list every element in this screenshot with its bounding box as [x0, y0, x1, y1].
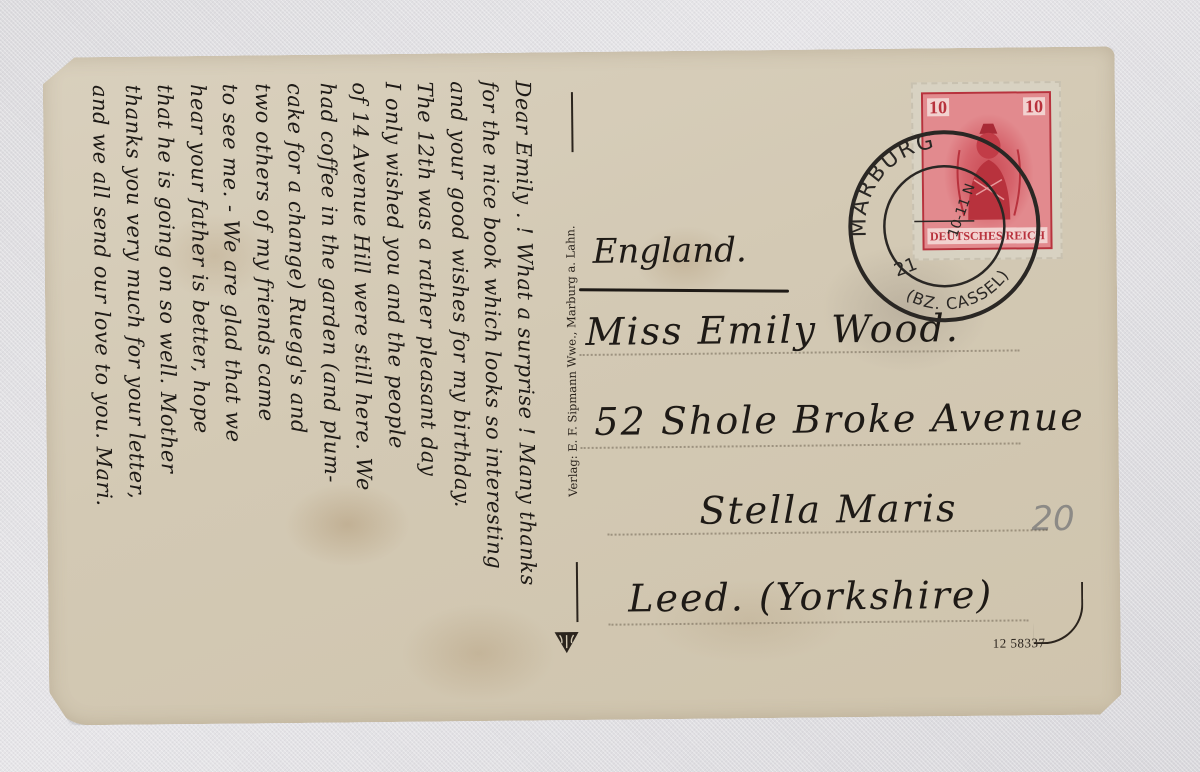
- message-line: hear your father is better, hope: [181, 84, 220, 704]
- message-line: Dear Emily . ! What a surprise ! Many th…: [506, 80, 545, 700]
- stamp-value-left: 10: [927, 98, 949, 116]
- message-line: two others of my friends came: [246, 83, 285, 703]
- message-line: and your good wishes for my birthday.: [441, 81, 480, 701]
- address-city: Stella Maris: [699, 486, 958, 533]
- message-line: had coffee in the garden (and plum-: [311, 82, 350, 702]
- center-divider: Verlag: E. F. Sipmann Wwe., Marburg a. L…: [561, 92, 589, 652]
- postmark-cancellation: MARBURG (BZ. CASSEL) 21 10-11 N: [843, 125, 1045, 327]
- postcard: Dear Emily . ! What a surprise ! Many th…: [43, 46, 1122, 725]
- address-county: Leed. (Yorkshire): [628, 573, 993, 621]
- divider-rule-bottom: [576, 562, 579, 622]
- publisher-logo-icon: [554, 630, 580, 654]
- postmark-date: 21: [891, 254, 920, 282]
- address-dotted-line: [608, 619, 1028, 625]
- country-underline: [579, 288, 789, 292]
- message-text-block: Dear Emily . ! What a surprise ! Many th…: [63, 70, 550, 715]
- handwritten-message: Dear Emily . ! What a surprise ! Many th…: [63, 70, 550, 715]
- pencil-annotation: 20: [1031, 499, 1075, 539]
- address-dotted-line: [581, 442, 1021, 449]
- stamp-value-right: 10: [1023, 97, 1045, 115]
- publisher-imprint: Verlag: E. F. Sipmann Wwe., Marburg a. L…: [563, 161, 585, 561]
- divider-rule-top: [571, 92, 574, 152]
- card-serial-number: 12 58337: [993, 635, 1046, 652]
- message-line: I only wished you and the people: [376, 82, 415, 702]
- address-country: England.: [592, 230, 747, 272]
- address-street: 52 Shole Broke Avenue: [594, 395, 1085, 444]
- postmark-time: 10-11 N: [945, 182, 979, 240]
- message-line: thanks you very much for your letter,: [116, 85, 155, 705]
